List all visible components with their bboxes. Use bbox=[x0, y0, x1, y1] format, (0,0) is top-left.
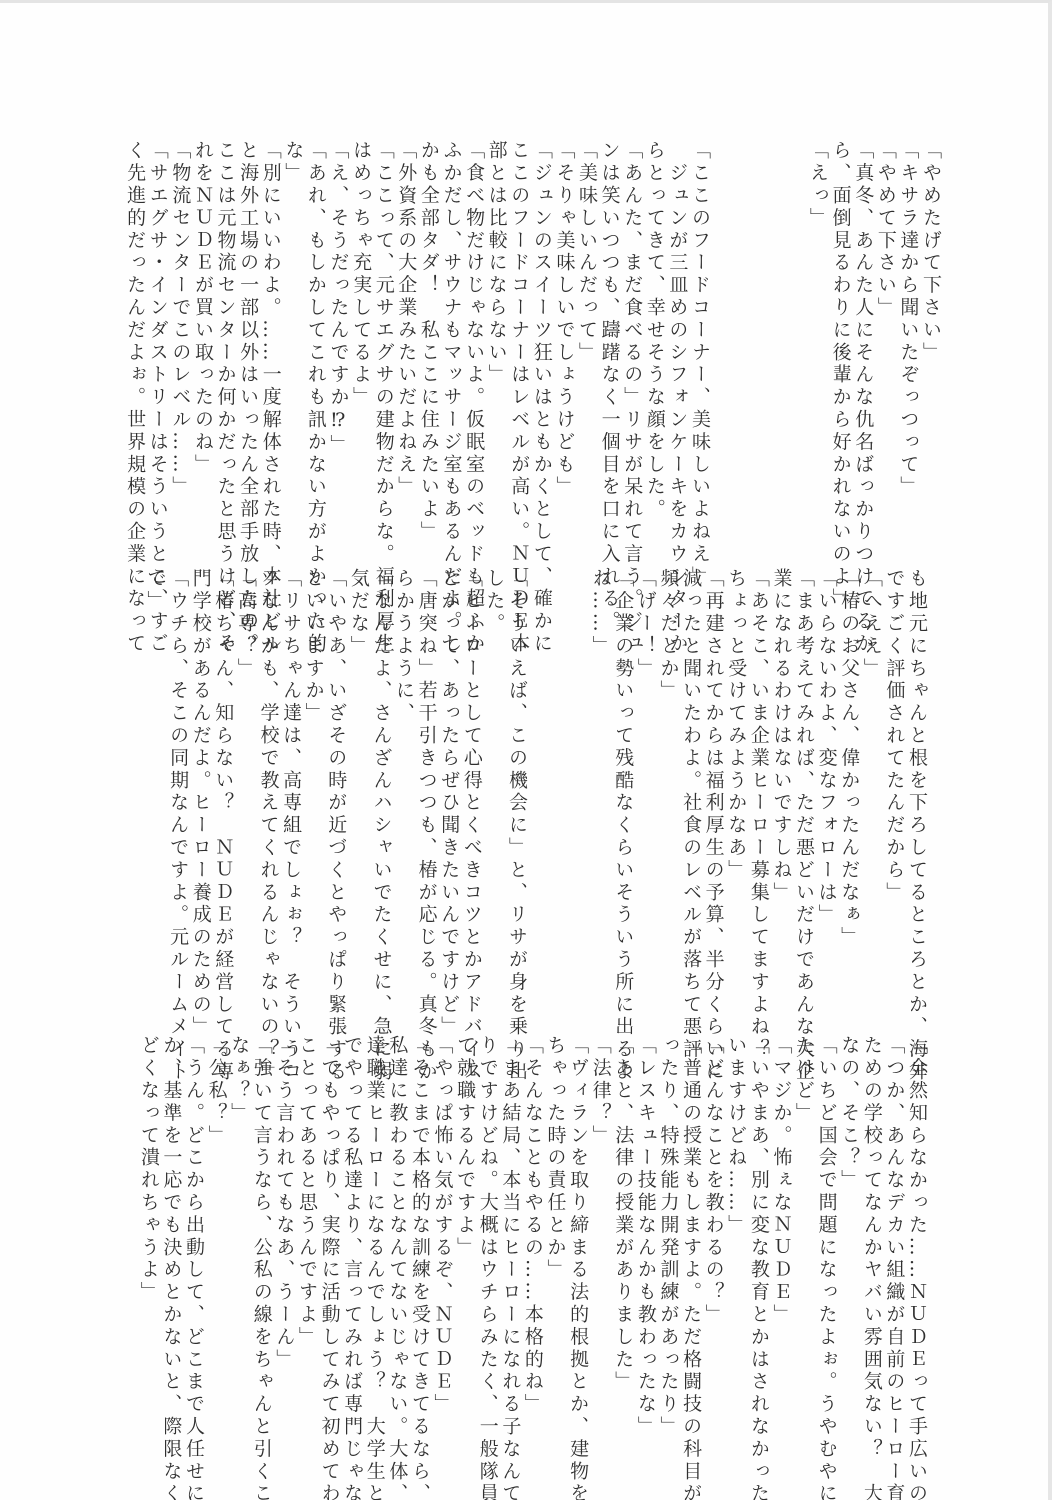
text-block-tier1-left: 「ここのフードコーナー、美味しいよねえ」 ジュンが三皿めのシフォンケーキをカウン… bbox=[124, 140, 711, 550]
text-line: 頻々だとか」 bbox=[657, 568, 680, 978]
text-line: 「キサラ達から聞いたぞっつって」 bbox=[897, 140, 920, 520]
text-line: 減ったと聞いたわよ。社食のレベルが落ちて悪評 bbox=[679, 568, 702, 978]
text-line: 「物流センターでこのレベル……」 bbox=[169, 140, 192, 550]
text-line: ことってあると思うんですよ」 bbox=[295, 1035, 318, 1445]
text-line: と海外工場の一部以外はいったん全部手放したの。 bbox=[237, 140, 260, 550]
text-line: 「高専？」 bbox=[234, 568, 257, 978]
text-line: 「そこまで本格的な訓練を受けてきてるなら、今更 bbox=[408, 1035, 431, 1445]
text-line: 私達に教わることなんてないじゃない。大体、貴方 bbox=[386, 1035, 409, 1445]
text-line: 「食べ物だけじゃないよ。仮眠室のベッドも超ふか bbox=[462, 140, 485, 550]
text-line: ね……」 bbox=[589, 568, 612, 978]
text-line: も地元にちゃんと根を下ろしてるところとか、海外 bbox=[905, 568, 928, 978]
text-line: 「レスキュー技能なんかも教わったな」 bbox=[634, 1035, 657, 1445]
text-line: 「椿ちゃん、知らない？ ＮＵＤＥが経営してる専 bbox=[212, 568, 235, 978]
text-line: たけど」 bbox=[792, 1035, 815, 1445]
text-line: 「別にいいわよ。……一度解体された時、本社ビル bbox=[259, 140, 282, 550]
text-line: ですごく評価されてたんだから」 bbox=[883, 568, 906, 978]
text-line: 「真冬、あんた人にそんな仇名ばっかりつけてるか bbox=[852, 140, 875, 520]
text-line: 部とは比較にならない」 bbox=[485, 140, 508, 550]
text-line: どくなって潰れちゃうよ」 bbox=[137, 1035, 160, 1445]
text-line: りですけどね。大概はウチらみたく、一般隊員とし bbox=[476, 1035, 499, 1445]
text-line: 「普通の授業もしますよ。ただ格闘技の科目が多か bbox=[679, 1035, 702, 1445]
text-line: した。 bbox=[483, 568, 506, 978]
text-line: ら、面倒見るわりに後輩から好かれないのよ」 bbox=[829, 140, 852, 520]
text-line: 「強いて言うなら、公私の線をちゃんと引くことか bbox=[250, 1035, 273, 1445]
text-line: く先進的だったんだよぉ。世界規模の企業になって bbox=[124, 140, 147, 550]
text-line: 「全然知らなかった……ＮＵＤＥって手広いのね」 bbox=[905, 1035, 928, 1445]
text-line: とかって、あったらぜひ聞きたいんですけど」 bbox=[438, 568, 461, 978]
text-line: 「公私？」 bbox=[205, 1035, 228, 1445]
text-line: ここのフードコーナーはレベルが高い。ＮＵＤＥ本 bbox=[508, 140, 531, 550]
text-line: なぁ？」 bbox=[228, 1035, 251, 1445]
text-line: れをＮＵＤＥが買い取ったのね」 bbox=[191, 140, 214, 550]
text-line: 「やめたげて下さい」 bbox=[919, 140, 942, 520]
text-line: ここは元物流センターか何かだったと思うけど、そ bbox=[214, 140, 237, 550]
text-line: 達職業ヒーローになるんでしょう？ 大学生と兼業 bbox=[363, 1035, 386, 1445]
text-line: はめっちゃ充実してるよ」 bbox=[350, 140, 373, 550]
text-line: 「ここって、元サエグサの建物だからな。福利厚生 bbox=[372, 140, 395, 550]
text-line: 「外資系の大企業みたいだよねえ」 bbox=[395, 140, 418, 550]
text-line: 「法律？」 bbox=[589, 1035, 612, 1445]
text-line: 「え、そうだったんですか⁉」 bbox=[327, 140, 350, 550]
text-block-tier1-right: 「やめたげて下さい」「キサラ達から聞いたぞっつって」「やめて下さい」「真冬、あん… bbox=[806, 140, 942, 520]
text-block-tier3: 「全然知らなかった……ＮＵＤＥって手広いのね」「つか、あんなデカい組織が自前のヒ… bbox=[137, 1035, 928, 1445]
text-line: て就職するんですよ」 bbox=[454, 1035, 477, 1445]
text-line: 「やめて下さい」 bbox=[874, 140, 897, 520]
text-line: 「まあ結局、本当にヒーローになれる子なんて一握 bbox=[499, 1035, 522, 1445]
text-line: 「あそこ、いま企業ヒーロー募集してますよね？ bbox=[747, 568, 770, 978]
text-line: 「ヴィランを取り締まる法的根拠とか、建物を壊し bbox=[567, 1035, 590, 1445]
text-line: ンは笑いつつも、躊躇なく一個目を口に入れる。 bbox=[598, 140, 621, 550]
text-line: 「サエグサ・インダストリーはそういうとこ、すご bbox=[146, 140, 169, 550]
text-line: 「どんなことを教わるの？」 bbox=[702, 1035, 725, 1445]
text-line: ちょっと受けてみようかなあ」 bbox=[725, 568, 748, 978]
text-line: 「マジか。怖ぇなＮＵＤＥ」 bbox=[770, 1035, 793, 1445]
text-line: 「そういえば、この機会に」と、リサが身を乗り出 bbox=[505, 568, 528, 978]
text-line: 「やっぱ怖い気がするぞ、ＮＵＤＥ」 bbox=[431, 1035, 454, 1445]
text-line: でやってる私達より、言ってみれば専門じゃないの」 bbox=[341, 1035, 364, 1445]
text-line: 「いやあ、いざその時が近づくとやっぱり緊張する bbox=[325, 568, 348, 978]
text-line: 「あんた、まだ食べるの」リサが呆れて言う。ジュ bbox=[621, 140, 644, 550]
text-line: 「椿のお父さん、偉かったんだなぁ」 bbox=[838, 568, 861, 978]
text-line: いますけどね……」 bbox=[725, 1035, 748, 1445]
text-line: ちゃった時の責任とか」 bbox=[544, 1035, 567, 1445]
text-line: らとってきて、幸せそうな顔をした。 bbox=[643, 140, 666, 550]
text-line: 「そう言われてもなあ、うーん」 bbox=[273, 1035, 296, 1445]
text-line: な」 bbox=[282, 140, 305, 550]
text-line: 「そんなこともやるの……本格的ね」 bbox=[521, 1035, 544, 1445]
text-line: といいますか」 bbox=[302, 568, 325, 978]
text-line: ジュンが三皿めのシフォンケーキをカウンターか bbox=[666, 140, 689, 550]
text-line: 業になれるわけはないですしね」 bbox=[770, 568, 793, 978]
text-line: 「ヒーローとして心得とくべきコツとかアドバイス bbox=[460, 568, 483, 978]
text-block-tier2-left: 「そういえば、この機会に」と、リサが身を乗り出した。「ヒーローとして心得とくべき… bbox=[144, 568, 528, 978]
text-block-tier2-right: も地元にちゃんと根を下ろしてるところとか、海外ですごく評価されてたんだから」「へ… bbox=[589, 568, 928, 978]
text-line: 「えっ」 bbox=[806, 140, 829, 520]
text-line: らかうように、 bbox=[392, 568, 415, 978]
text-line: 「いらないわよ、変なフォローは」 bbox=[815, 568, 838, 978]
text-line: 「リサちゃん達は、高専組でしょぉ？ そういうコ bbox=[279, 568, 302, 978]
text-line: なの、そこ？」 bbox=[838, 1035, 861, 1445]
text-line: 「あと、法律の授業がありました」 bbox=[612, 1035, 635, 1445]
text-line: 門学校があるんだよ。ヒーロー養成のための」 bbox=[189, 568, 212, 978]
text-line: 「いちど国会で問題になったよぉ。うやむやになっ bbox=[815, 1035, 838, 1445]
text-line: 「ウチら、そこの同期なんですよ。元ルームメイト bbox=[167, 568, 190, 978]
text-line: 「うん。どこから出動して、どこまで人任せにする bbox=[182, 1035, 205, 1445]
text-line: ったり、特殊能力開発訓練があったり」 bbox=[657, 1035, 680, 1445]
text-line: 「なんだよ、さんざんハシャいでたくせに、急に弱 bbox=[370, 568, 393, 978]
text-line: 「唐突ね」若干引きつつも、椿が応じる。真冬もか bbox=[415, 568, 438, 978]
text-line: 「美味しいんだって」 bbox=[575, 140, 598, 550]
text-line: 「まあ考えてみれば、ただ悪どいだけであんな大企 bbox=[792, 568, 815, 978]
text-line: かも全部タダ！ 私ここに住みたいよ」 bbox=[417, 140, 440, 550]
text-line: 「でもやっぱり、実際に活動してみて初めてわかる bbox=[318, 1035, 341, 1445]
text-line: 「いやまあ、別に変な教育とかはされなかったと思 bbox=[747, 1035, 770, 1445]
text-line: で」 bbox=[144, 568, 167, 978]
text-line: か、基準を一応でも決めとかないと、際限なくしん bbox=[160, 1035, 183, 1445]
text-line: ための学校ってなんかヤバい雰囲気ない？ 大丈夫 bbox=[860, 1035, 883, 1445]
text-line: 「ジュンのスイーツ狂いはともかくとして、確かに bbox=[530, 140, 553, 550]
text-line: 気だな」 bbox=[347, 568, 370, 978]
text-line: 「あれ、もしかしてこれも訊かない方がよかった的 bbox=[304, 140, 327, 550]
text-line: 「そりゃ美味しいでしょうけども」 bbox=[553, 140, 576, 550]
text-line: 「再建されてからは福利厚生の予算、半分くらいに bbox=[702, 568, 725, 978]
text-line: 「げー！」 bbox=[634, 568, 657, 978]
text-line: 「ここのフードコーナー、美味しいよねえ」 bbox=[688, 140, 711, 550]
text-line: ツなんかも、学校で教えてくれるんじゃないの？」 bbox=[257, 568, 280, 978]
text-line: ふかだし、サウナもマッサージ室もあるんだよ。し bbox=[440, 140, 463, 550]
text-line: 「企業の勢いって残酷なくらいそういう所に出るよ bbox=[612, 568, 635, 978]
text-line: 「へええ」 bbox=[860, 568, 883, 978]
text-line: 「つか、あんなデカい組織が自前のヒーロー育てる bbox=[883, 1035, 906, 1445]
document-page: 「やめたげて下さい」「キサラ達から聞いたぞっつって」「やめて下さい」「真冬、あん… bbox=[0, 0, 1052, 1500]
